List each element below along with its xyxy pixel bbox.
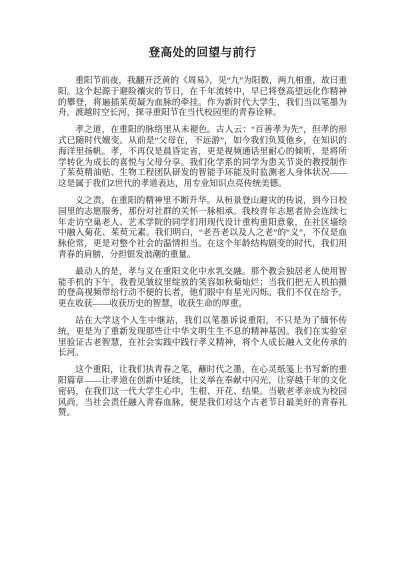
- paragraph-3: 义之责，在重阳的精神里不断升华。从桓景登山避灾的传说，到今日校园里的志愿服务，那…: [58, 195, 347, 260]
- paragraph-2: 孝之道，在重阳的脉络里从未褪色。古人云：“百善孝为先”，但孝的形式已随时代嬗变。…: [58, 124, 347, 189]
- paragraph-4: 最动人的是，孝与义在重阳文化中水乳交融。那个教会独居老人使用智能手机的下午，我看…: [58, 266, 347, 309]
- paragraph-5: 站在大学这个人生中继站，我们以笔墨诉说重阳，不只是为了缅怀传统，更是为了重新发现…: [58, 315, 347, 358]
- document-body: 重阳节前夜，我翻开泛黄的《周易》，见“九”为阳数，两九相重，故曰重阳。这个起源于…: [58, 75, 347, 418]
- document-page: 登高处的回望与前行 重阳节前夜，我翻开泛黄的《周易》，见“九”为阳数，两九相重，…: [0, 0, 405, 573]
- document-title: 登高处的回望与前行: [58, 47, 347, 60]
- paragraph-1: 重阳节前夜，我翻开泛黄的《周易》，见“九”为阳数，两九相重，故曰重阳。这个起源于…: [58, 75, 347, 118]
- paragraph-6: 这个重阳，让我们执青春之笔，蘸时代之墨，在心灵纸笺上书写新的重阳篇章——让孝道在…: [58, 364, 347, 418]
